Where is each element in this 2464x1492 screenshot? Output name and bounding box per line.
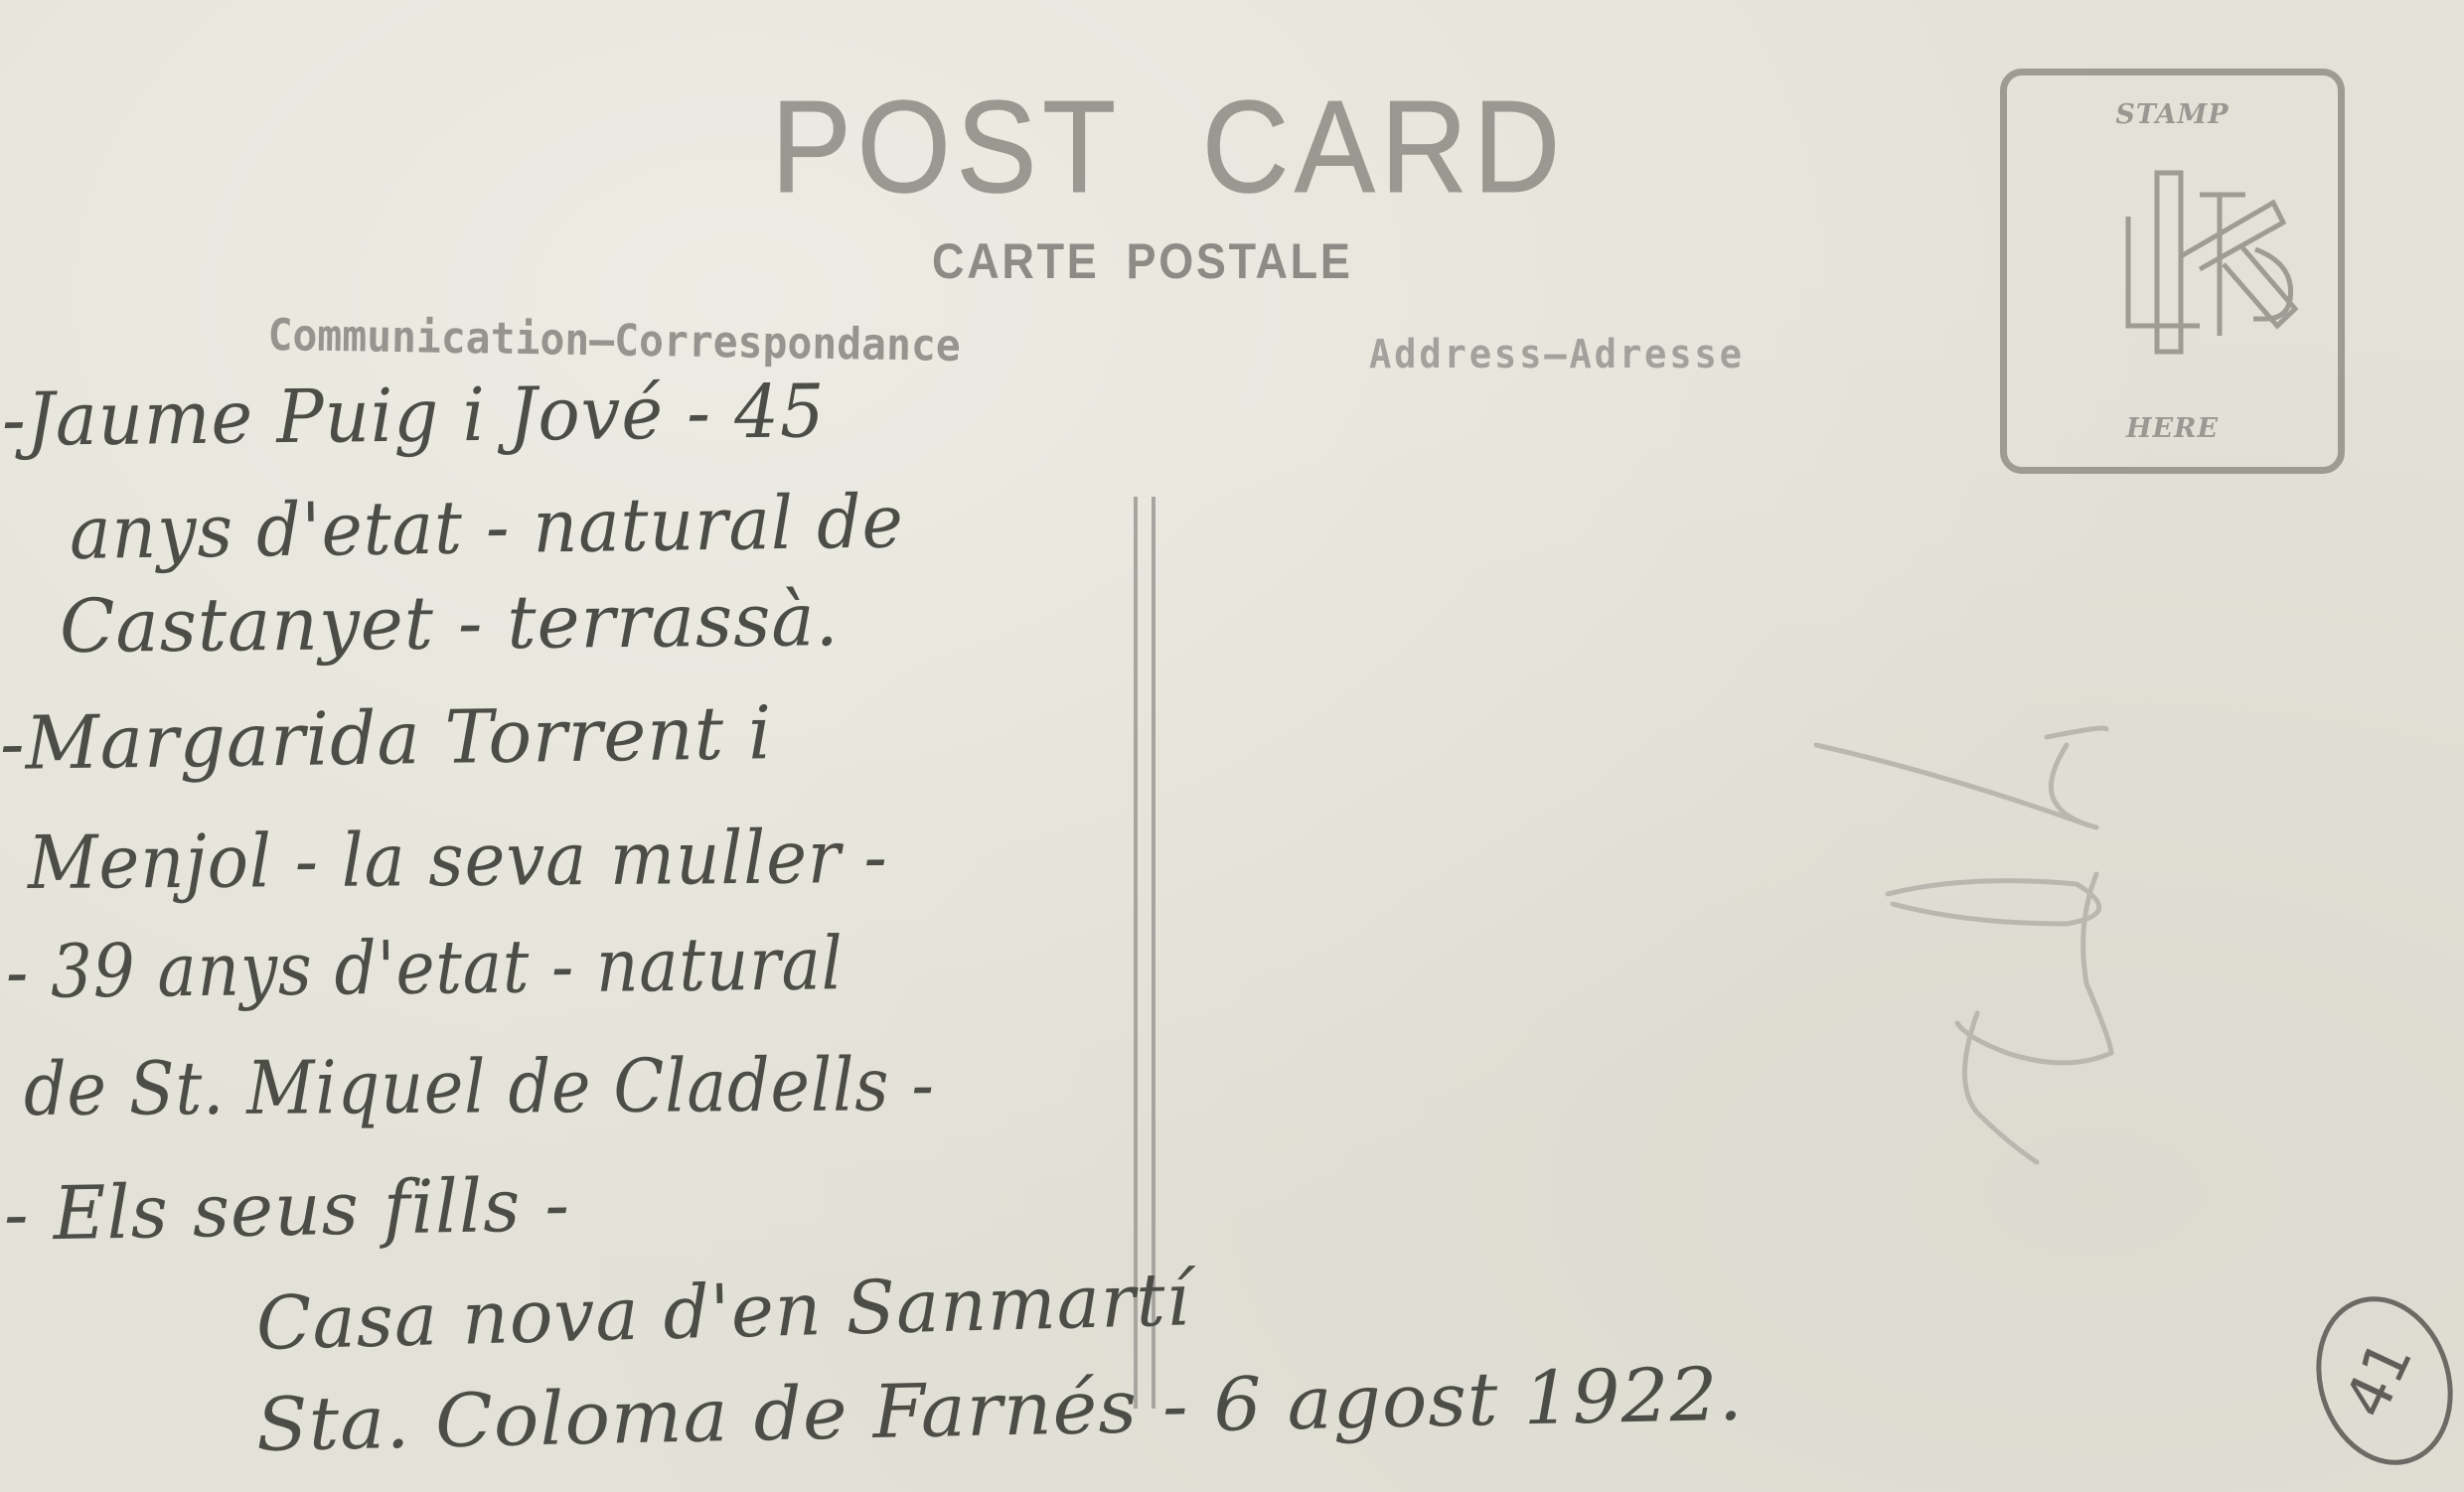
post-card-title: POSTCARD (771, 72, 1566, 222)
subtitle-word-carte: CARTE (932, 233, 1099, 289)
circled-catalog-number-icon: 41 (2303, 1279, 2462, 1478)
title-word-post: POST (771, 74, 1122, 220)
handwritten-line: - Els seus fills - (3, 1162, 570, 1258)
handwritten-line: Sta. Coloma de Farnés - 6 agost 1922. (255, 1352, 1744, 1468)
handwritten-line: Menjol - la seva muller - (28, 815, 888, 906)
here-label: HERE (2007, 413, 2338, 444)
subtitle-word-postale: POSTALE (1126, 233, 1352, 289)
carte-postale-subtitle: CARTEPOSTALE (932, 232, 1353, 290)
handwritten-line: anys d'etat - natural de (69, 479, 904, 576)
title-word-card: CARD (1202, 74, 1566, 220)
stamp-label: STAMP (2007, 99, 2338, 130)
postcard-back: POSTCARD CARTEPOSTALE Communication—Corr… (0, 0, 2464, 1492)
handwritten-line: Castanyet - terrassà. (60, 577, 840, 670)
handwritten-line: -Jaume Puig i Jové - 45 (2, 369, 826, 463)
handwritten-line: Casa nova d'en Sanmartí (255, 1257, 1191, 1367)
communication-label: Communication—Correspondance (267, 310, 961, 372)
handwritten-line: de St. Miquel de Cladells - (24, 1042, 935, 1132)
pencil-scribble-icon (1769, 685, 2186, 1182)
lktd-monogram-icon (2096, 155, 2315, 373)
handwritten-line: - 39 anys d'etat - natural (6, 921, 844, 1015)
address-label: Address—Adresse (1369, 332, 1745, 377)
stamp-box: STAMP HERE (2000, 69, 2345, 474)
handwritten-line: -Margarida Torrent i (0, 690, 773, 787)
catalog-number: 41 (2332, 1330, 2427, 1428)
